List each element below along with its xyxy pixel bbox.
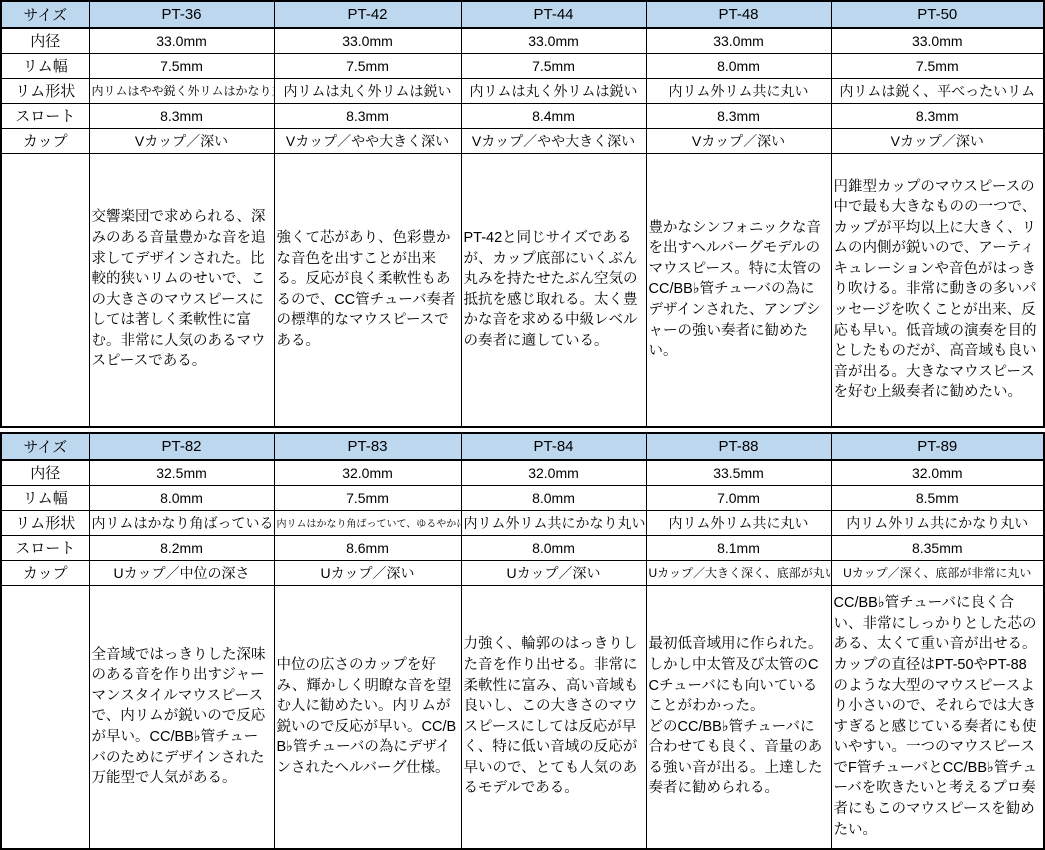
description-cell: 円錐型カップのマウスピースの中で最も大きなものの一つで、カップが平均以上に大きく… [831, 153, 1044, 427]
spec-value: 8.3mm [89, 103, 274, 128]
spec-table-bottom: サイズ PT-82 PT-83 PT-84 PT-88 PT-89 内径 32.… [0, 432, 1045, 850]
row-label-rim-width: リム幅 [1, 53, 89, 78]
row-label-inner-diameter: 内径 [1, 460, 89, 485]
product-name: PT-36 [89, 1, 274, 28]
throat-row: スロート 8.3mm 8.3mm 8.4mm 8.3mm 8.3mm [1, 103, 1044, 128]
row-label-size: サイズ [1, 433, 89, 460]
product-name: PT-48 [646, 1, 831, 28]
spec-value: 32.0mm [831, 460, 1044, 485]
spec-value: 内リム外リム共に丸い [646, 78, 831, 103]
spec-value: Uカップ／中位の深さ [89, 560, 274, 585]
product-name: PT-88 [646, 433, 831, 460]
spec-value: 内リム外リム共にかなり丸い [831, 510, 1044, 535]
spec-value: 内リムはかなり角ばっている [89, 510, 274, 535]
description-row: 交響楽団で求められる、深みのある音量豊かな音を追求してデザインされた。比較的狭い… [1, 153, 1044, 427]
spec-value: 33.0mm [274, 28, 461, 53]
spec-value: 8.4mm [461, 103, 646, 128]
spec-value: 内リムは丸く外リムは鋭い [461, 78, 646, 103]
row-label-inner-diameter: 内径 [1, 28, 89, 53]
row-label-rim-shape: リム形状 [1, 510, 89, 535]
row-label-rim-shape: リム形状 [1, 78, 89, 103]
spec-value: 7.5mm [274, 485, 461, 510]
description-cell: 全音域ではっきりした深味のある音を作り出すジャーマンスタイルマウスピースで、内リ… [89, 585, 274, 849]
description-row: 全音域ではっきりした深味のある音を作り出すジャーマンスタイルマウスピースで、内リ… [1, 585, 1044, 849]
spec-value: 7.5mm [274, 53, 461, 78]
spec-value: 32.0mm [274, 460, 461, 485]
description-cell: 最初低音域用に作られた。しかし中太管及び太管のCCチューバにも向いていることがわ… [646, 585, 831, 849]
description-cell: 強くて芯があり、色彩豊かな音色を出すことが出来る。反応が良く柔軟性もあるので、C… [274, 153, 461, 427]
inner-diameter-row: 内径 32.5mm 32.0mm 32.0mm 33.5mm 32.0mm [1, 460, 1044, 485]
spec-value: 33.0mm [646, 28, 831, 53]
row-label-throat: スロート [1, 103, 89, 128]
spec-value: 内リムはかなり角ばっていて、ゆるやかに丸いリム [274, 510, 461, 535]
spec-value: 8.0mm [89, 485, 274, 510]
spec-value: 32.0mm [461, 460, 646, 485]
throat-row: スロート 8.2mm 8.6mm 8.0mm 8.1mm 8.35mm [1, 535, 1044, 560]
spec-value: 8.0mm [461, 485, 646, 510]
spec-value: Uカップ／深い [274, 560, 461, 585]
description-cell: 中位の広さのカップを好み、輝かしく明瞭な音を望む人に勧めたい。内リムが鋭いので反… [274, 585, 461, 849]
description-cell: 交響楽団で求められる、深みのある音量豊かな音を追求してデザインされた。比較的狭い… [89, 153, 274, 427]
inner-diameter-row: 内径 33.0mm 33.0mm 33.0mm 33.0mm 33.0mm [1, 28, 1044, 53]
product-name: PT-82 [89, 433, 274, 460]
product-name: PT-44 [461, 1, 646, 28]
spec-value: 7.5mm [89, 53, 274, 78]
spec-value: 32.5mm [89, 460, 274, 485]
rim-width-row: リム幅 7.5mm 7.5mm 7.5mm 8.0mm 7.5mm [1, 53, 1044, 78]
header-row: サイズ PT-82 PT-83 PT-84 PT-88 PT-89 [1, 433, 1044, 460]
spec-value: Vカップ／やや大きく深い [274, 128, 461, 153]
spec-value: Vカップ／深い [89, 128, 274, 153]
spec-value: 33.0mm [461, 28, 646, 53]
spec-value: 8.3mm [274, 103, 461, 128]
description-cell: 豊かなシンフォニックな音を出すヘルバーグモデルのマウスピース。特に太管のCC/B… [646, 153, 831, 427]
row-label-throat: スロート [1, 535, 89, 560]
spec-value: 7.5mm [461, 53, 646, 78]
row-label-description [1, 585, 89, 849]
rim-shape-row: リム形状 内リムはやや鋭く外リムはかなり丸い 内リムは丸く外リムは鋭い 内リムは… [1, 78, 1044, 103]
product-name: PT-83 [274, 433, 461, 460]
row-label-cup: カップ [1, 128, 89, 153]
spec-value: 8.0mm [461, 535, 646, 560]
spec-value: 33.5mm [646, 460, 831, 485]
row-label-description [1, 153, 89, 427]
product-name: PT-89 [831, 433, 1044, 460]
spec-value: 8.1mm [646, 535, 831, 560]
description-cell: CC/BB♭管チューバに良く合い、非常にしっかりとした芯のある、太くて重い音が出… [831, 585, 1044, 849]
spec-value: 内リムは丸く外リムは鋭い [274, 78, 461, 103]
rim-shape-row: リム形状 内リムはかなり角ばっている 内リムはかなり角ばっていて、ゆるやかに丸い… [1, 510, 1044, 535]
spec-value: 内リムは鋭く、平べったいリム [831, 78, 1044, 103]
spec-value: 8.3mm [646, 103, 831, 128]
product-name: PT-50 [831, 1, 1044, 28]
row-label-size: サイズ [1, 1, 89, 28]
row-label-cup: カップ [1, 560, 89, 585]
cup-row: カップ Uカップ／中位の深さ Uカップ／深い Uカップ／深い Uカップ／大きく深… [1, 560, 1044, 585]
spec-value: Uカップ／大きく深く、底部が丸い [646, 560, 831, 585]
header-row: サイズ PT-36 PT-42 PT-44 PT-48 PT-50 [1, 1, 1044, 28]
spec-value: Uカップ／深く、底部が非常に丸い [831, 560, 1044, 585]
spec-value: 8.0mm [646, 53, 831, 78]
spec-value: 内リム外リム共に丸い [646, 510, 831, 535]
spec-value: 33.0mm [89, 28, 274, 53]
spec-value: 8.2mm [89, 535, 274, 560]
spec-value: Uカップ／深い [461, 560, 646, 585]
spec-value: 8.5mm [831, 485, 1044, 510]
mouthpiece-spec-page: サイズ PT-36 PT-42 PT-44 PT-48 PT-50 内径 33.… [0, 0, 1045, 850]
spec-value: 内リム外リム共にかなり丸い [461, 510, 646, 535]
spec-value: Vカップ／深い [831, 128, 1044, 153]
product-name: PT-42 [274, 1, 461, 28]
rim-width-row: リム幅 8.0mm 7.5mm 8.0mm 7.0mm 8.5mm [1, 485, 1044, 510]
description-cell: 力強く、輪郭のはっきりした音を作り出せる。非常に柔軟性に富み、高い音域も良いし、… [461, 585, 646, 849]
spec-value: 内リムはやや鋭く外リムはかなり丸い [89, 78, 274, 103]
spec-table-top: サイズ PT-36 PT-42 PT-44 PT-48 PT-50 内径 33.… [0, 0, 1045, 428]
spec-value: Vカップ／やや大きく深い [461, 128, 646, 153]
description-cell: PT-42と同じサイズであるが、カップ底部にいくぶん丸みを持たせたぶん空気の抵抗… [461, 153, 646, 427]
product-name: PT-84 [461, 433, 646, 460]
spec-value: 33.0mm [831, 28, 1044, 53]
spec-value: Vカップ／深い [646, 128, 831, 153]
spec-value: 7.5mm [831, 53, 1044, 78]
spec-value: 8.35mm [831, 535, 1044, 560]
spec-value: 8.3mm [831, 103, 1044, 128]
row-label-rim-width: リム幅 [1, 485, 89, 510]
spec-value: 8.6mm [274, 535, 461, 560]
cup-row: カップ Vカップ／深い Vカップ／やや大きく深い Vカップ／やや大きく深い Vカ… [1, 128, 1044, 153]
spec-value: 7.0mm [646, 485, 831, 510]
